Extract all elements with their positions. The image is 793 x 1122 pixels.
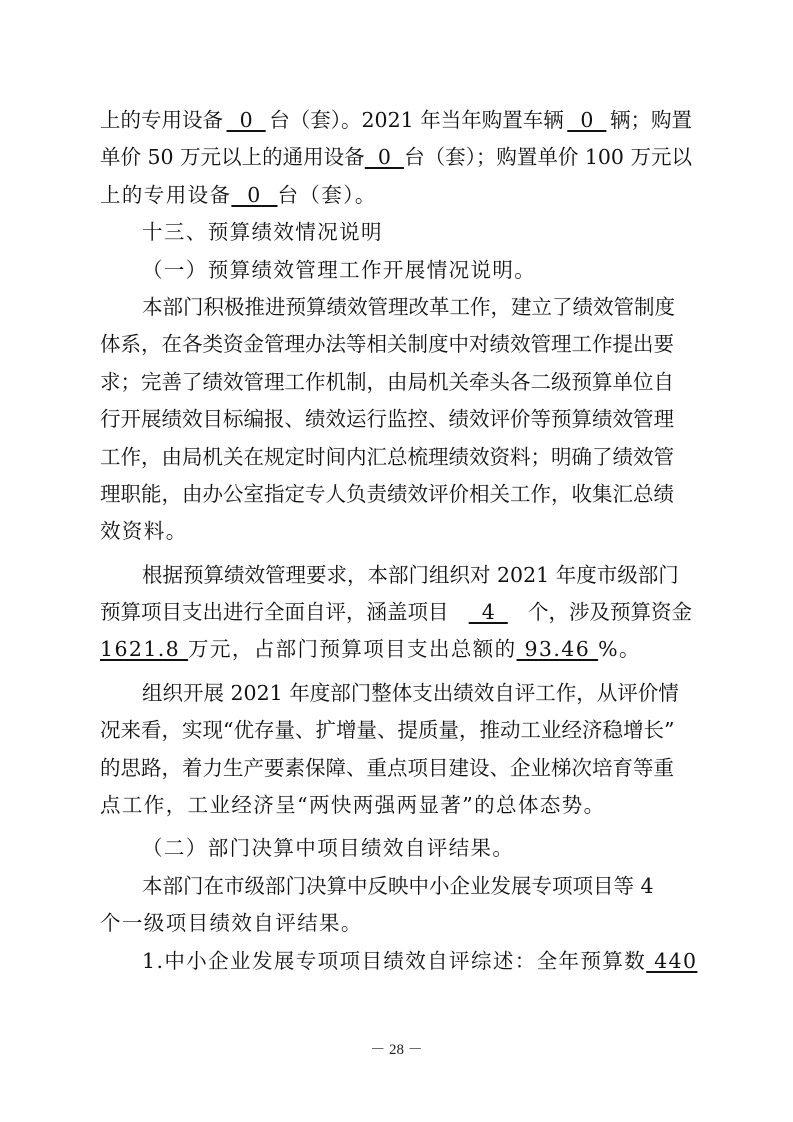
text: 1.中小企业发展专项项目绩效自评综述：全年预算数	[142, 943, 646, 980]
budget-amount: 1621.8	[100, 631, 188, 668]
text: 辆；购置	[610, 102, 692, 139]
paragraph-line: 体系，在各类资金管理办法等相关制度中对绩效管理工作提出要	[100, 326, 692, 363]
paragraph-line: 根据预算绩效管理要求，本部门组织对 2021 年度市级部门	[100, 557, 692, 594]
section-heading: 十三、预算绩效情况说明	[100, 214, 692, 251]
text: 台（套）。	[278, 177, 377, 214]
document-page: 上的专用设备 0 台（套）。2021 年当年购置车辆 0 辆；购置 单价 50 …	[100, 102, 692, 980]
text: 上的专用设备	[100, 102, 223, 139]
subsection-heading: （一）预算绩效管理工作开展情况说明。	[100, 252, 692, 289]
text: 预算项目支出进行全面自评，涵盖项目	[100, 594, 449, 631]
paragraph-line: 本部门在市级部门决算中反映中小企业发展专项项目等 4	[100, 868, 692, 905]
paragraph-line: 点工作，工业经济呈“两快两强两显著”的总体态势。	[100, 787, 692, 824]
text: 单价 50 万元以上的通用设备	[100, 139, 365, 176]
text-line: 上的专用设备 0 台（套）。	[100, 177, 692, 214]
paragraph-line: 本部门积极推进预算绩效管理改革工作，建立了绩效管制度	[100, 289, 692, 326]
text: 上的专用设备	[100, 177, 231, 214]
percentage-value: 93.46	[517, 631, 599, 668]
page-number: － 28 －	[0, 1038, 793, 1059]
underlined-value: 0	[567, 102, 606, 139]
project-count: 4	[469, 594, 508, 631]
subsection-heading: （二）部门决算中项目绩效自评结果。	[100, 830, 692, 867]
paragraph-line: 1621.8 万元，占部门预算项目支出总额的 93.46 %。	[100, 631, 692, 668]
paragraph-line: 工作，由局机关在规定时间内汇总梳理绩效资料；明确了绩效管	[100, 439, 692, 476]
paragraph-line: 求；完善了绩效管理工作机制，由局机关牵头各二级预算单位自	[100, 364, 692, 401]
paragraph-line: 1.中小企业发展专项项目绩效自评综述：全年预算数 440	[100, 943, 692, 980]
text: 台（套）；购置单价 100 万元以	[404, 139, 692, 176]
underlined-value: 0	[365, 139, 404, 176]
paragraph-line: 行开展绩效目标编报、绩效运行监控、绩效评价等预算绩效管理	[100, 401, 692, 438]
paragraph-line: 效资料。	[100, 513, 692, 550]
text: %。	[598, 631, 641, 668]
paragraph-line: 的思路，着力生产要素保障、重点项目建设、企业梯次培育等重	[100, 750, 692, 787]
paragraph-line: 况来看，实现“优存量、扩增量、提质量，推动工业经济稳增长”	[100, 712, 692, 749]
paragraph-line: 理职能，由办公室指定专人负责绩效评价相关工作，收集汇总绩	[100, 476, 692, 513]
text-line: 上的专用设备 0 台（套）。2021 年当年购置车辆 0 辆；购置	[100, 102, 692, 139]
paragraph-line: 预算项目支出进行全面自评，涵盖项目 4 个，涉及预算资金	[100, 594, 692, 631]
paragraph-line: 组织开展 2021 年度部门整体支出绩效自评工作，从评价情	[100, 675, 692, 712]
text: 个，涉及预算资金	[528, 594, 692, 631]
text-line: 单价 50 万元以上的通用设备 0 台（套）；购置单价 100 万元以	[100, 139, 692, 176]
text: 万元，占部门预算项目支出总额的	[188, 631, 517, 668]
budget-value: 440	[646, 943, 697, 980]
underlined-value: 0	[231, 177, 277, 214]
paragraph-line: 个一级项目绩效自评结果。	[100, 905, 692, 942]
underlined-value: 0	[227, 102, 266, 139]
text: 台（套）。2021 年当年购置车辆	[269, 102, 563, 139]
